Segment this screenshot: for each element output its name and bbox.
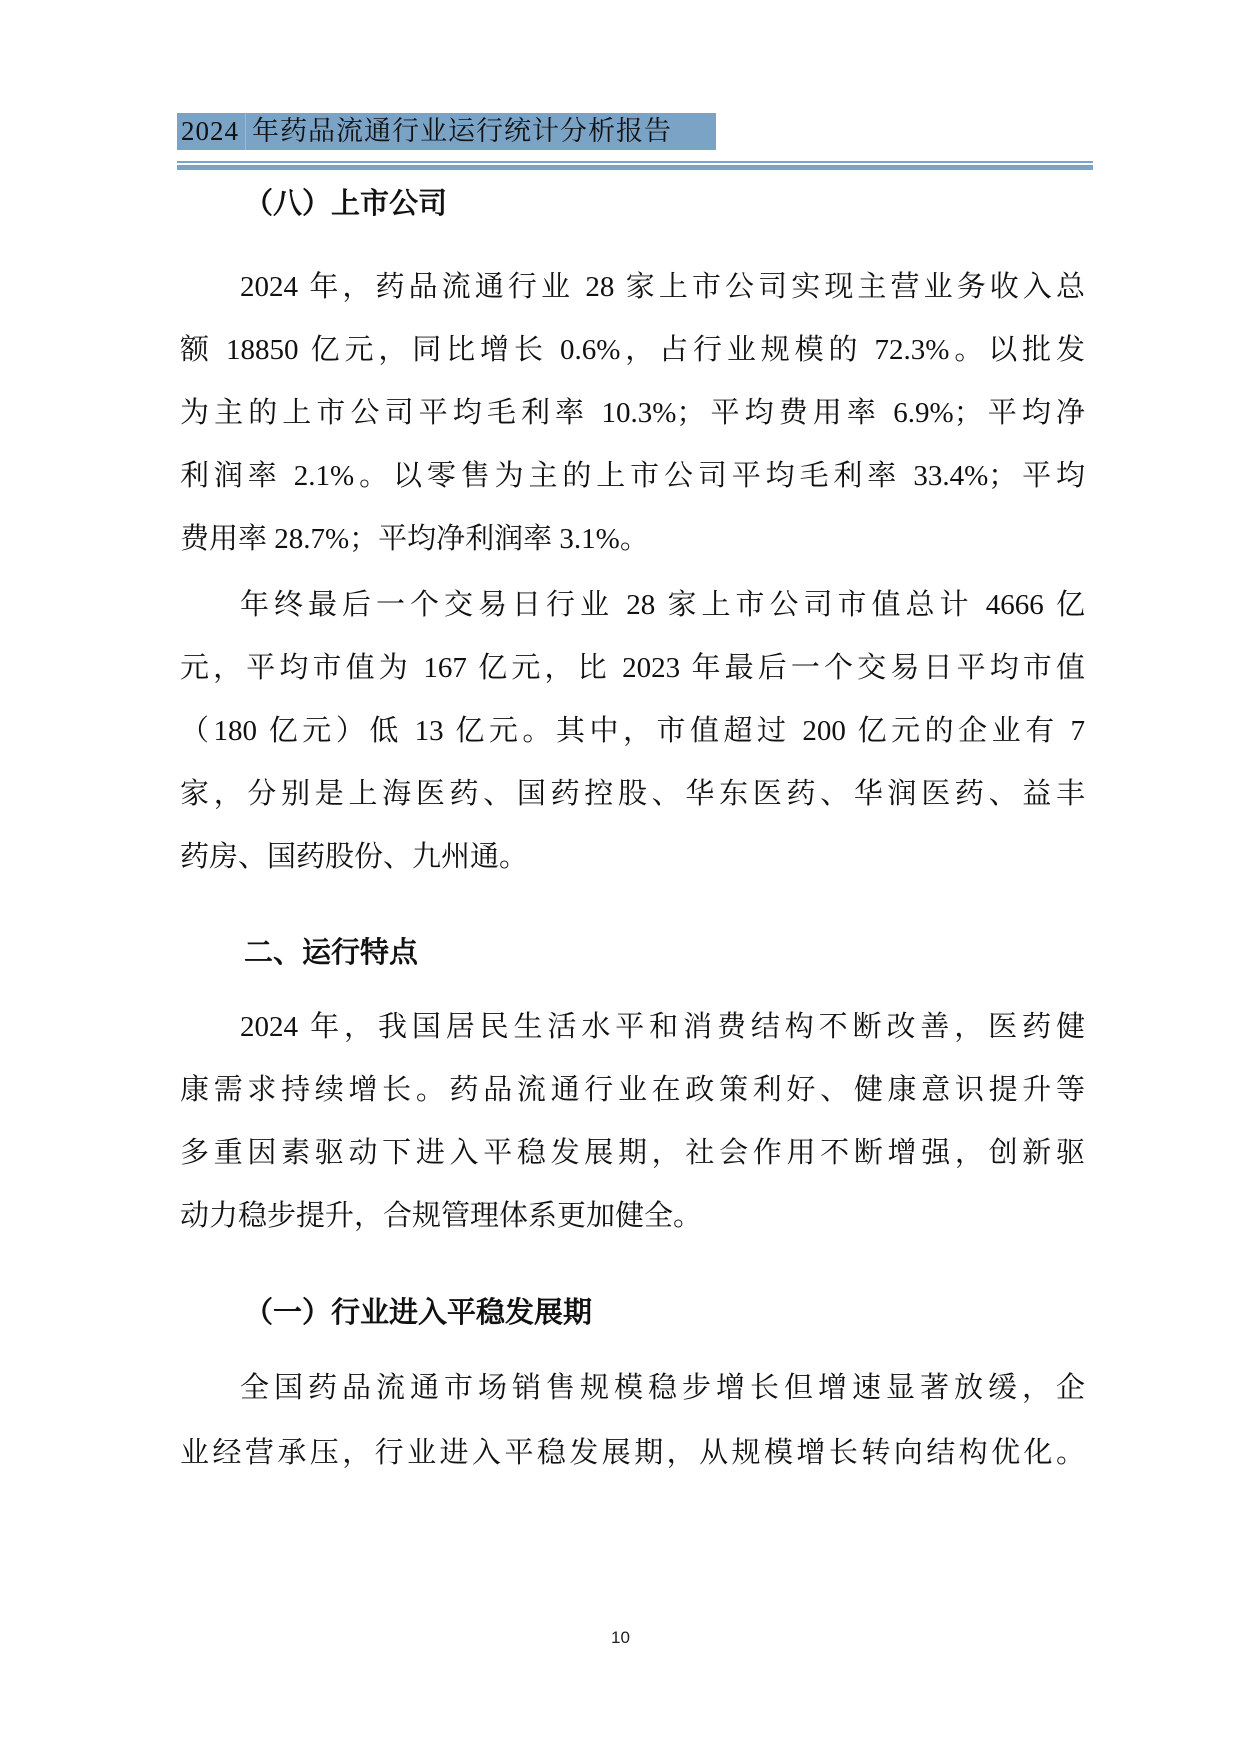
paragraph-line: 年终最后一个交易日行业 28 家上市公司市值总计 4666 亿 xyxy=(240,585,1085,625)
section-heading-operating-features: 二、运行特点 xyxy=(244,932,418,972)
header-title: 年药品流通行业运行统计分析报告 xyxy=(246,113,672,150)
header-rule-thick xyxy=(177,165,1093,170)
paragraph-line: 业经营承压，行业进入平稳发展期，从规模增长转向结构优化。 xyxy=(180,1433,1085,1473)
paragraph-line: 2024 年，我国居民生活水平和消费结构不断改善，医药健 xyxy=(240,1007,1085,1047)
paragraph-line: 额 18850 亿元，同比增长 0.6%，占行业规模的 72.3%。以批发 xyxy=(180,330,1085,370)
paragraph-line: 2024 年，药品流通行业 28 家上市公司实现主营业务收入总 xyxy=(240,267,1085,307)
paragraph-line: 全国药品流通市场销售规模稳步增长但增速显著放缓，企 xyxy=(240,1368,1085,1408)
paragraph-line: 多重因素驱动下进入平稳发展期，社会作用不断增强，创新驱 xyxy=(180,1133,1085,1173)
page-number: 10 xyxy=(600,1628,641,1648)
section-heading-stable-period: （一）行业进入平稳发展期 xyxy=(244,1292,592,1332)
running-header: 2024 年药品流通行业运行统计分析报告 xyxy=(177,113,716,150)
paragraph-line: 康需求持续增长。药品流通行业在政策利好、健康意识提升等 xyxy=(180,1070,1085,1110)
paragraph-line: 动力稳步提升，合规管理体系更加健全。 xyxy=(180,1196,1085,1236)
paragraph-line: 为主的上市公司平均毛利率 10.3%；平均费用率 6.9%；平均净 xyxy=(180,393,1085,433)
paragraph-line: 费用率 28.7%；平均净利润率 3.1%。 xyxy=(180,519,1085,559)
paragraph-line: 药房、国药股份、九州通。 xyxy=(180,837,1085,877)
paragraph-line: 元，平均市值为 167 亿元，比 2023 年最后一个交易日平均市值 xyxy=(180,648,1085,688)
paragraph-line: 利润率 2.1%。以零售为主的上市公司平均毛利率 33.4%；平均 xyxy=(180,456,1085,496)
paragraph-line: （180 亿元）低 13 亿元。其中，市值超过 200 亿元的企业有 7 xyxy=(180,711,1085,751)
header-year: 2024 xyxy=(177,113,246,150)
header-rule-thin xyxy=(177,161,1093,163)
section-heading-listed-companies: （八）上市公司 xyxy=(244,183,447,223)
paragraph-line: 家，分别是上海医药、国药控股、华东医药、华润医药、益丰 xyxy=(180,774,1085,814)
